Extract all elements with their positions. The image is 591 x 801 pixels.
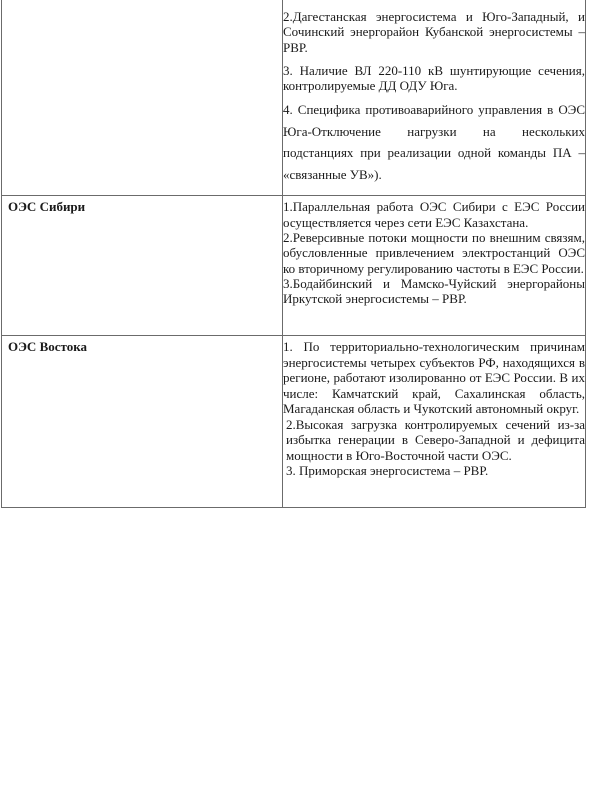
feature-item: 1.Параллельная работа ОЭС Сибири с ЕЭС Р…: [283, 199, 585, 230]
table-row: ОЭС Сибири 1.Параллельная работа ОЭС Сиб…: [2, 196, 586, 336]
feature-item: 2.Высокая загрузка контролируемых сечени…: [283, 417, 585, 463]
region-label: ОЭС Востока: [2, 336, 282, 354]
region-cell: [2, 0, 283, 196]
table-row: ОЭС Востока 1. По территориально-техноло…: [2, 336, 586, 508]
features-cell: 2.Дагестанская энергосистема и Юго-Запад…: [283, 0, 586, 196]
table-row: 2.Дагестанская энергосистема и Юго-Запад…: [2, 0, 586, 196]
feature-item: 4. Специфика противоаварийного управлени…: [283, 99, 585, 185]
feature-item: 3.Бодайбинский и Мамско-Чуйский энергора…: [283, 276, 585, 307]
feature-item: 3. Приморская энергосистема – РВР.: [283, 463, 585, 478]
region-label: [2, 0, 282, 2]
regions-table: 2.Дагестанская энергосистема и Юго-Запад…: [1, 0, 586, 508]
features-cell: 1.Параллельная работа ОЭС Сибири с ЕЭС Р…: [283, 196, 586, 336]
feature-item: 2.Дагестанская энергосистема и Юго-Запад…: [283, 9, 585, 55]
region-label: ОЭС Сибири: [2, 196, 282, 214]
feature-item: 1. По территориально-технологическим при…: [283, 339, 585, 417]
features-cell: 1. По территориально-технологическим при…: [283, 336, 586, 508]
feature-item: 2.Реверсивные потоки мощности по внешним…: [283, 230, 585, 276]
region-cell: ОЭС Сибири: [2, 196, 283, 336]
region-cell: ОЭС Востока: [2, 336, 283, 508]
feature-item: 3. Наличие ВЛ 220-110 кВ шунтирующие сеч…: [283, 63, 585, 94]
